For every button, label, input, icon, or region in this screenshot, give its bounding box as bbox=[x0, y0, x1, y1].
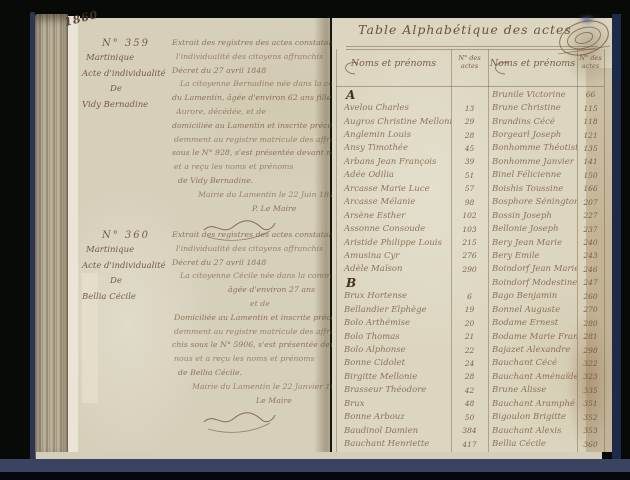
act-number-value: 298 bbox=[577, 346, 604, 355]
act-number-value: 227 bbox=[577, 211, 604, 220]
person-name: Bajazet Alexandre bbox=[488, 345, 577, 355]
book-cover-edge-right bbox=[612, 14, 621, 460]
person-name: Brux bbox=[336, 399, 451, 409]
manuscript-line: Domiciliée au Lamentin et inscrite précé… bbox=[172, 313, 332, 327]
table-row: Aristide Philippe Louis 215 bbox=[336, 236, 488, 249]
act-number-value: 28 bbox=[451, 131, 488, 140]
person-name: Amusina Cyr bbox=[336, 251, 451, 261]
manuscript-line: demment au registre matricule des affran… bbox=[172, 135, 332, 149]
person-name: Bauchant Aramphé bbox=[488, 399, 577, 409]
table-row: Bolo Thomas 21 bbox=[336, 330, 488, 343]
acts-header-top: N° des bbox=[458, 54, 480, 62]
table-row: Brunile Victorine 66 bbox=[488, 88, 604, 101]
table-row: Bajazet Alexandre 298 bbox=[488, 343, 604, 356]
table-row: Bellia Cécile 360 bbox=[488, 437, 604, 450]
person-name: Brandins Cécé bbox=[488, 117, 577, 127]
acts-header-bottom: actes bbox=[582, 62, 599, 70]
table-row: Arcasse Marie Luce 57 bbox=[336, 182, 488, 195]
act-number-value: 98 bbox=[451, 198, 488, 207]
person-name: Aristide Philippe Louis bbox=[336, 238, 451, 248]
manuscript-line: chis sous le N° 5906, s'est présentée de… bbox=[172, 340, 332, 354]
table-row: Birgitte Mellonie 28 bbox=[336, 370, 488, 383]
act-number-value: 335 bbox=[577, 386, 604, 395]
act-number-value: 48 bbox=[451, 399, 488, 408]
act-number-value: 246 bbox=[577, 265, 604, 274]
scanned-register-spread: { "colors": {"paper_left": "#d6cfba", "p… bbox=[0, 0, 630, 480]
title-rule bbox=[346, 49, 598, 50]
table-row: Bauchant Henriette 417 bbox=[336, 437, 488, 450]
act-number-value: 103 bbox=[451, 225, 488, 234]
person-name: Bonne Cidolet bbox=[336, 358, 451, 368]
table-row: Bolo Arthémise 20 bbox=[336, 316, 488, 329]
person-name: Brux Hortense bbox=[336, 291, 451, 301]
manuscript-line: l'individualité des citoyens affranchis bbox=[172, 244, 332, 258]
act-number-value: 19 bbox=[451, 305, 488, 314]
act-number: N° 360 bbox=[102, 230, 150, 241]
table-surface-strip bbox=[0, 459, 630, 472]
act-number-value: 135 bbox=[577, 144, 604, 153]
act-number-value: 352 bbox=[577, 413, 604, 422]
table-row: Bellonie Joseph 237 bbox=[488, 222, 604, 235]
mayor-signature-flourish bbox=[200, 410, 278, 436]
person-name: Bigoulon Brigitte bbox=[488, 412, 577, 422]
person-name: Binel Félicienne bbox=[488, 170, 577, 180]
act-number-value: 240 bbox=[577, 238, 604, 247]
table-row: Adèle Maïson 290 bbox=[336, 263, 488, 276]
table-row: Bodame Marie Françoise 281 bbox=[488, 330, 604, 343]
act-number-value: 45 bbox=[451, 144, 488, 153]
person-name: Bago Benjamin bbox=[488, 291, 577, 301]
person-name: Brasseur Théodore bbox=[336, 385, 451, 395]
act-number-value: 215 bbox=[451, 238, 488, 247]
table-row: Arbans Jean François 39 bbox=[336, 155, 488, 168]
act-number-value: 290 bbox=[451, 265, 488, 274]
act-number-value: 417 bbox=[451, 440, 488, 449]
act-number: N° 359 bbox=[102, 38, 150, 49]
table-row: Bosphore Sénington 207 bbox=[488, 196, 604, 209]
act-number-value: 115 bbox=[577, 104, 604, 113]
act-number-value: 384 bbox=[451, 426, 488, 435]
table-row: Bonne Cidolet 24 bbox=[336, 357, 488, 370]
table-row: Bery Jean Marie 240 bbox=[488, 236, 604, 249]
act-number-value: 141 bbox=[577, 157, 604, 166]
act-number-value: 247 bbox=[577, 278, 604, 287]
person-name: Bossin Joseph bbox=[488, 211, 577, 221]
person-name: Assonne Consoude bbox=[336, 224, 451, 234]
act-number-value: 29 bbox=[451, 117, 488, 126]
manuscript-line: La citoyenne Cécile née dans la commune bbox=[172, 271, 332, 285]
act-number-value: 22 bbox=[451, 346, 488, 355]
act-number-value: 280 bbox=[577, 319, 604, 328]
table-row: Brux 48 bbox=[336, 397, 488, 410]
act-number-value: 13 bbox=[451, 104, 488, 113]
act-number-value: 51 bbox=[451, 171, 488, 180]
table-row: Bellandier Elphège 19 bbox=[336, 303, 488, 316]
manuscript-line: Acte d'individualité bbox=[82, 261, 174, 277]
act-number-value: 166 bbox=[577, 184, 604, 193]
table-row: Amusina Cyr 276 bbox=[336, 249, 488, 262]
act-number-value: 42 bbox=[451, 386, 488, 395]
person-name: Bolo Thomas bbox=[336, 332, 451, 342]
table-row: Bonne Arbouz 50 bbox=[336, 411, 488, 424]
act-number-value: 118 bbox=[577, 117, 604, 126]
table-row: Binel Félicienne 150 bbox=[488, 169, 604, 182]
acts-header-top: N° des bbox=[579, 54, 601, 62]
act-number-value: 351 bbox=[577, 399, 604, 408]
manuscript-line: Le Maire bbox=[172, 396, 332, 410]
person-name: Bonne Arbouz bbox=[336, 412, 451, 422]
table-row: Bonhomme Théotiste 135 bbox=[488, 142, 604, 155]
act-body: Extrait des registres des actes constata… bbox=[172, 230, 332, 409]
table-row: Bauchant Aramphé 351 bbox=[488, 397, 604, 410]
manuscript-line: et de bbox=[172, 299, 332, 313]
table-row: Bigoulon Brigitte 352 bbox=[488, 411, 604, 424]
manuscript-page: 1860 N° 359 MartiniqueActe d'individuali… bbox=[78, 18, 330, 452]
act-number-value: 281 bbox=[577, 332, 604, 341]
act-number-value: 66 bbox=[577, 90, 604, 99]
person-name: Bodame Marie Françoise bbox=[488, 332, 577, 342]
table-row: Bossin Joseph 227 bbox=[488, 209, 604, 222]
table-row: Bauchant Alexis 353 bbox=[488, 424, 604, 437]
manuscript-line: Martinique bbox=[82, 53, 174, 69]
table-row: Brandins Cécé 118 bbox=[488, 115, 604, 128]
bottom-page-edges bbox=[36, 452, 602, 459]
letter-header: B bbox=[336, 276, 488, 289]
act-number-value: 237 bbox=[577, 225, 604, 234]
person-name: Bauchant Alexis bbox=[488, 426, 577, 436]
person-name: Adée Odilia bbox=[336, 170, 451, 180]
manuscript-line: Décret du 27 avril 1848 bbox=[172, 66, 332, 80]
manuscript-line: de Vidy Bernadine. bbox=[172, 176, 332, 190]
folio-stamp: 1860 bbox=[63, 8, 100, 29]
person-name: Arsène Esther bbox=[336, 211, 451, 221]
column-header-acts-right: N° des actes bbox=[577, 54, 604, 70]
manuscript-line: Vidy Bernadine bbox=[82, 100, 174, 116]
act-number-value: 276 bbox=[451, 251, 488, 260]
manuscript-line: De bbox=[82, 84, 174, 100]
table-row: Bago Benjamin 260 bbox=[488, 290, 604, 303]
person-name: Bauchant Henriette bbox=[336, 439, 451, 449]
table-row: Bauchant Cécé 322 bbox=[488, 357, 604, 370]
manuscript-line: du Lamentin, âgée d'environ 62 ans fille… bbox=[172, 93, 332, 107]
table-row: Bodame Ernest 280 bbox=[488, 316, 604, 329]
manuscript-line: Aurore, décédée, et de bbox=[172, 107, 332, 121]
manuscript-line: domiciliée au Lamentin et inscrite précé… bbox=[172, 121, 332, 135]
act-number-value: 39 bbox=[451, 157, 488, 166]
table-row: Boishis Toussine 166 bbox=[488, 182, 604, 195]
table-row: Brux Hortense 6 bbox=[336, 290, 488, 303]
person-name: Adèle Maïson bbox=[336, 264, 451, 274]
column-header-names-right: Noms et prénoms bbox=[488, 58, 577, 78]
table-row: Assonne Consoude 103 bbox=[336, 222, 488, 235]
person-name: Bellia Cécile bbox=[488, 439, 577, 449]
person-name: Bery Émile bbox=[488, 251, 577, 261]
act-body: Extrait des registres des actes constata… bbox=[172, 38, 332, 217]
person-name: Bellonie Joseph bbox=[488, 224, 577, 234]
act-number-value: 243 bbox=[577, 251, 604, 260]
person-name: Bonhomme Janvier bbox=[488, 157, 577, 167]
table-row: Borgearl Joseph 121 bbox=[488, 128, 604, 141]
title-rule bbox=[346, 46, 598, 47]
book-spine-page-edges bbox=[35, 14, 68, 462]
person-name: Augros Christine Mellonie bbox=[336, 117, 451, 127]
act-number-value: 150 bbox=[577, 171, 604, 180]
manuscript-line: Mairie du Lamentin le 22 Janvier 1849 bbox=[172, 382, 332, 396]
person-name: Bonhomme Théotiste bbox=[488, 143, 577, 153]
column-header-names-left: Noms et prénoms bbox=[336, 58, 451, 78]
person-name: Brune Christine bbox=[488, 103, 577, 113]
manuscript-line: Mairie du Lamentin le 22 Juin 1849 bbox=[172, 190, 332, 204]
manuscript-line: sous le N° 928, s'est présentée devant n… bbox=[172, 148, 332, 162]
act-number-value: 102 bbox=[451, 211, 488, 220]
manuscript-line: demment au registre matricule des affran… bbox=[172, 327, 332, 341]
manuscript-line: de Bellia Cécile. bbox=[172, 368, 332, 382]
person-name: Bodame Ernest bbox=[488, 318, 577, 328]
manuscript-line: Décret du 27 avril 1848 bbox=[172, 258, 332, 272]
table-row: Avelou Charles 13 bbox=[336, 101, 488, 114]
person-name: Arcasse Marie Luce bbox=[336, 184, 451, 194]
table-row: Arcasse Mélanie 98 bbox=[336, 196, 488, 209]
manuscript-line: Martinique bbox=[82, 245, 174, 261]
manuscript-line: et a reçu les noms et prénoms bbox=[172, 162, 332, 176]
act-number-value: 28 bbox=[451, 372, 488, 381]
manuscript-line: l'individualité des citoyens affranchis bbox=[172, 52, 332, 66]
acts-header-bottom: actes bbox=[461, 62, 478, 70]
act-number-value: 20 bbox=[451, 319, 488, 328]
margin-notes: MartiniqueActe d'individualitéDeVidy Ber… bbox=[82, 53, 174, 115]
act-number-value: 50 bbox=[451, 413, 488, 422]
person-name: Birgitte Mellonie bbox=[336, 372, 451, 382]
table-row: Ansy Timothée 45 bbox=[336, 142, 488, 155]
table-row: Brasseur Théodore 42 bbox=[336, 384, 488, 397]
act-number-value: 360 bbox=[577, 440, 604, 449]
act-number-value: 322 bbox=[577, 359, 604, 368]
table-row: Bonhomme Janvier 141 bbox=[488, 155, 604, 168]
manuscript-line: De bbox=[82, 276, 174, 292]
table-row: Arsène Esther 102 bbox=[336, 209, 488, 222]
act-number-value: 121 bbox=[577, 131, 604, 140]
table-row: Bolo Alphonse 22 bbox=[336, 343, 488, 356]
person-name: Anglemin Louis bbox=[336, 130, 451, 140]
manuscript-line: Acte d'individualité bbox=[82, 69, 174, 85]
column-header-acts-left: N° des actes bbox=[451, 54, 488, 70]
person-name: Boishis Toussine bbox=[488, 184, 577, 194]
manuscript-line: Extrait des registres des actes constata… bbox=[172, 38, 332, 52]
table-row: Boindorf Jean Marie 246 bbox=[488, 263, 604, 276]
manuscript-line: La citoyenne Bernadine née dans la commu… bbox=[172, 79, 332, 93]
person-name: Boindorf Jean Marie bbox=[488, 264, 577, 274]
table-row: Bonnel Auguste 270 bbox=[488, 303, 604, 316]
act-number-value: 24 bbox=[451, 359, 488, 368]
person-name: Baudinol Damien bbox=[336, 426, 451, 436]
table-column-right: Brunile Victorine 66 Brune Christine 115… bbox=[488, 88, 604, 451]
table-row: Bauchant Aménaïde 323 bbox=[488, 370, 604, 383]
table-border bbox=[604, 49, 605, 452]
act-number-value: 353 bbox=[577, 426, 604, 435]
person-name: Boindorf Modestine bbox=[488, 278, 577, 288]
table-row: Adée Odilia 51 bbox=[336, 169, 488, 182]
manuscript-line: Extrait des registres des actes constata… bbox=[172, 230, 332, 244]
person-name: Bery Jean Marie bbox=[488, 238, 577, 248]
act-number-value: 270 bbox=[577, 305, 604, 314]
person-name: Brune Alisse bbox=[488, 385, 577, 395]
person-name: Avelou Charles bbox=[336, 103, 451, 113]
alphabetical-table-page: Table Alphabétique des actes Noms et pré… bbox=[332, 18, 612, 452]
person-name: Bolo Alphonse bbox=[336, 345, 451, 355]
person-name: Ansy Timothée bbox=[336, 143, 451, 153]
act-number-value: 260 bbox=[577, 292, 604, 301]
person-name: Brunile Victorine bbox=[488, 90, 577, 100]
table-row: Bery Émile 243 bbox=[488, 249, 604, 262]
table-row: Brune Christine 115 bbox=[488, 101, 604, 114]
person-name: Arcasse Mélanie bbox=[336, 197, 451, 207]
act-number-value: 207 bbox=[577, 198, 604, 207]
person-name: Arbans Jean François bbox=[336, 157, 451, 167]
manuscript-line: P. Le Maire bbox=[172, 204, 332, 218]
table-column-left: A Avelou Charles 13 Augros Christine Mel… bbox=[336, 88, 488, 451]
person-name: Bauchant Aménaïde bbox=[488, 372, 577, 382]
letter-header: A bbox=[336, 88, 488, 101]
table-row: Augros Christine Mellonie 29 bbox=[336, 115, 488, 128]
person-name: Bosphore Sénington bbox=[488, 197, 577, 207]
table-row: Brune Alisse 335 bbox=[488, 384, 604, 397]
act-number-value: 57 bbox=[451, 184, 488, 193]
background-bottom bbox=[0, 472, 630, 480]
person-name: Bellandier Elphège bbox=[336, 305, 451, 315]
person-name: Bonnel Auguste bbox=[488, 305, 577, 315]
manuscript-line: âgée d'environ 27 ans bbox=[172, 285, 332, 299]
manuscript-line: nous et a reçu les noms et prénoms bbox=[172, 354, 332, 368]
person-name: Bolo Arthémise bbox=[336, 318, 451, 328]
person-name: Bauchant Cécé bbox=[488, 358, 577, 368]
margin-notes: MartiniqueActe d'individualitéDeBellia C… bbox=[82, 245, 174, 307]
act-number-value: 21 bbox=[451, 332, 488, 341]
header-rule bbox=[336, 86, 604, 87]
table-row: Anglemin Louis 28 bbox=[336, 128, 488, 141]
table-row: Baudinol Damien 384 bbox=[336, 424, 488, 437]
manuscript-line: Bellia Cécile bbox=[82, 292, 174, 308]
act-number-value: 6 bbox=[451, 292, 488, 301]
table-row: Boindorf Modestine 247 bbox=[488, 276, 604, 289]
act-number-value: 323 bbox=[577, 372, 604, 381]
person-name: Borgearl Joseph bbox=[488, 130, 577, 140]
